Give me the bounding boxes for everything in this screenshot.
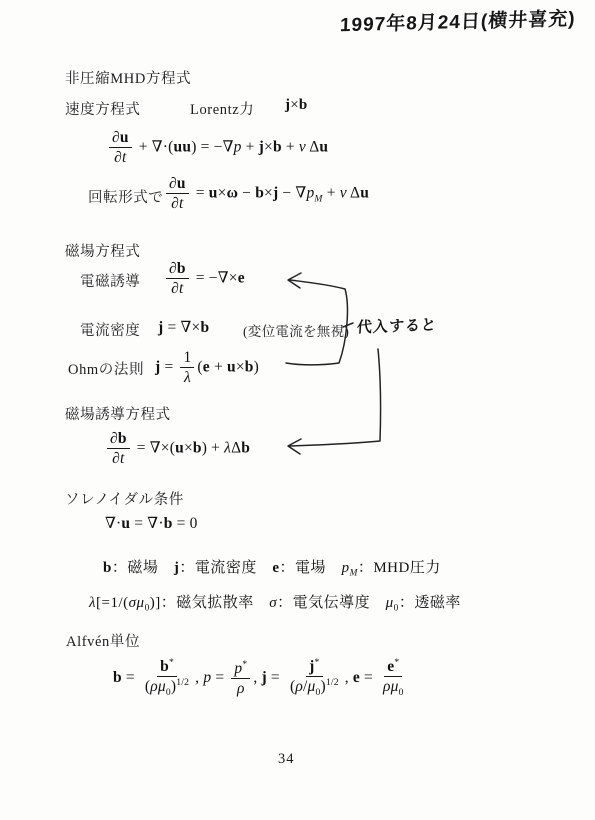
ohm-law-equation: j = 1λ(e + u×b) bbox=[155, 349, 259, 387]
faraday-equation: ∂b∂t = −∇×e bbox=[163, 260, 245, 298]
velocity-section-label: 速度方程式 bbox=[65, 98, 141, 119]
arrowhead-faraday bbox=[288, 273, 301, 288]
alfven-units-title: Alfvén単位 bbox=[66, 630, 140, 651]
current-density-equation: j = ∇×b bbox=[158, 318, 209, 337]
definitions-line-2: λ[=1/(σμ0)]：磁気拡散率 σ：電気伝導度 μ0：透磁率 bbox=[89, 591, 461, 614]
solenoidal-title: ソレノイダル条件 bbox=[65, 488, 184, 509]
lorentz-force-term: j×b bbox=[285, 97, 307, 114]
document-page: 1997年8月24日(横井喜充) 非圧縮MHD方程式 速度方程式 Lorentz… bbox=[0, 0, 595, 820]
rotational-form-label: 回転形式で bbox=[88, 186, 164, 207]
induction-label: 電磁誘導 bbox=[80, 270, 140, 291]
current-density-label: 電流密度 bbox=[80, 319, 140, 340]
alfven-units-equation: b = b*(ρμ0)1/2, p = p*ρ, j = j*(ρ/μ0)1/2… bbox=[113, 658, 410, 699]
handwritten-annotation: 代入すると bbox=[356, 314, 437, 338]
velocity-equation: ∂u∂t + ∇·(uu) = −∇p + j×b + ν Δu bbox=[106, 129, 328, 167]
ohm-law-label: Ohmの法則 bbox=[68, 358, 144, 379]
solenoidal-equation: ∇·u = ∇·b = 0 bbox=[105, 514, 198, 533]
page-number: 34 bbox=[278, 751, 295, 768]
arrowhead-induction bbox=[288, 439, 301, 454]
induction-equation-title: 磁場誘導方程式 bbox=[65, 403, 171, 424]
rotational-form-equation: ∂u∂t = u×ω − b×j − ∇pM + ν Δu bbox=[163, 175, 369, 213]
lorentz-force-label: Lorentz力 bbox=[190, 98, 254, 119]
induction-equation: ∂b∂t = ∇×(u×b) + λΔb bbox=[104, 430, 250, 468]
arrow-to-induction bbox=[290, 349, 381, 446]
handwritten-date: 1997年8月24日(横井喜充) bbox=[339, 4, 576, 38]
doc-title: 非圧縮MHD方程式 bbox=[65, 67, 191, 88]
magnetic-section-title: 磁場方程式 bbox=[65, 240, 141, 261]
definitions-line-1: b：磁場 j：電流密度 e：電場 pM：MHD圧力 bbox=[103, 556, 441, 579]
displacement-current-note: (変位電流を無視) bbox=[243, 320, 349, 340]
